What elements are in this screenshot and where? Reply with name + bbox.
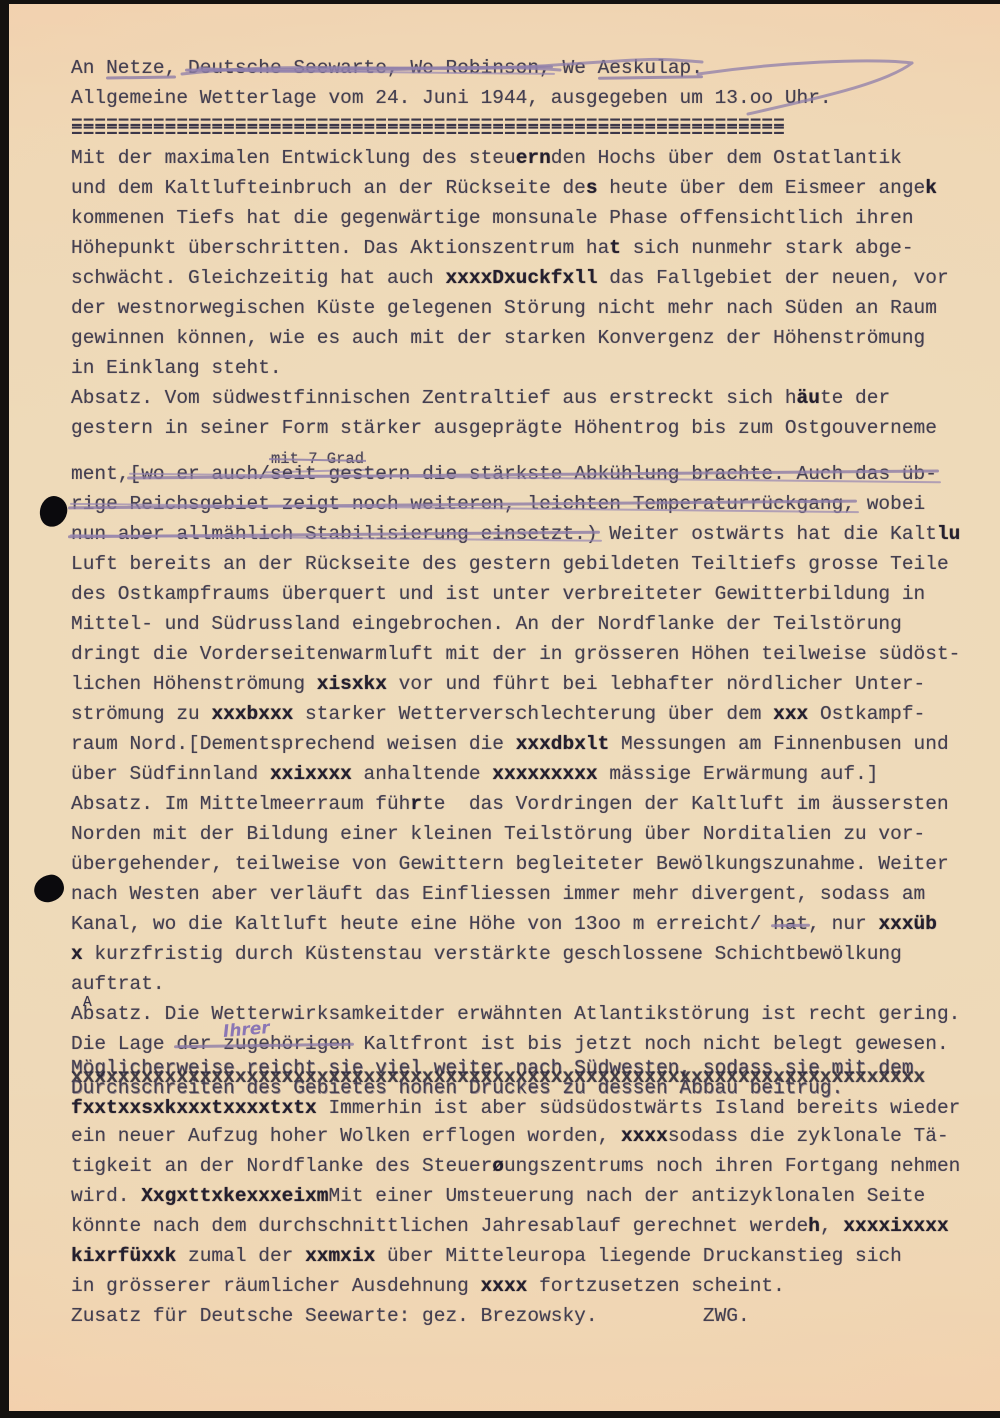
text-segment: in Einklang steht.	[71, 357, 282, 379]
text-segment: Mittel- und Südrussland eingebrochen. An…	[71, 613, 902, 635]
text-segment: Mit der maximalen Entwicklung des steu	[71, 147, 516, 169]
overtyped-text: xisxkx	[317, 673, 387, 695]
text-line-13: gestern in seiner Form stärker ausgepräg…	[71, 416, 1000, 446]
text-line-30: Kanal, wo die Kaltluft heute eine Höhe v…	[71, 912, 1000, 942]
text-segment: und dem Kaltlufteinbruch an der Rückseit…	[71, 177, 586, 199]
text-line-12: Absatz. Vom südwestfinnischen Zentraltie…	[71, 386, 1000, 416]
overtyped-text: xxxxDxuckfxll	[445, 267, 597, 289]
text-segment: über Südfinnland	[71, 763, 270, 785]
text-line-24: raum Nord.[Dementsprechend weisen die xx…	[71, 732, 1000, 762]
text-segment: kommenen Tiefs hat die gegenwärtige mons…	[71, 207, 914, 229]
text-segment: dringt die Vorderseitenwarmluft mit der …	[71, 643, 960, 665]
text-segment: Höhepunkt überschritten. Das Aktionszent…	[71, 237, 609, 259]
text-line-7: Höhepunkt überschritten. Das Aktionszent…	[71, 236, 1000, 266]
pencil-struck-text: [wo er auch/seit gestern die stärkste Ab…	[130, 462, 937, 486]
text-segment: des Ostkampfraums überquert und ist unte…	[71, 583, 925, 605]
text-segment: Messungen am Finnenbusen und	[609, 733, 948, 755]
text-line-4: Mit der maximalen Entwicklung des steuer…	[71, 146, 1000, 176]
text-segment: wobei	[855, 493, 925, 515]
text-line-25: über Südfinnland xxixxxx anhaltende xxxx…	[71, 762, 1000, 792]
text-segment: schwächt. Gleichzeitig hat auch	[71, 267, 445, 289]
text-segment: ungszentrums noch ihren Fortgang nehmen	[504, 1155, 960, 1177]
text-line-6: kommenen Tiefs hat die gegenwärtige mons…	[71, 206, 1000, 236]
overtyped-text: s	[586, 177, 598, 199]
pencil-struck-text: Deutsche Seewarte, We Robinson,	[188, 56, 551, 80]
text-line-39: tigkeit an der Nordflanke des Steuerøung…	[71, 1154, 1000, 1184]
text-line-38: ein neuer Aufzug hoher Wolken erflogen w…	[71, 1124, 1000, 1154]
text-segment: Absatz. Im Mittelmeerraum füh	[71, 793, 410, 815]
text-segment: tigkeit an der Nordflanke des Steuer	[71, 1155, 492, 1177]
text-line-28: übergehender, teilweise von Gewittern be…	[71, 852, 1000, 882]
text-segment: raum Nord.[Dementsprechend weisen die	[71, 733, 516, 755]
text-segment: An	[71, 57, 106, 79]
text-segment: sodass die zyklonale Tä-	[668, 1125, 949, 1147]
overtyped-text: r	[410, 793, 422, 815]
text-line-10: gewinnen können, wie es auch mit der sta…	[71, 326, 1000, 356]
text-line-17: nun aber allmählich Stabilisierung einse…	[71, 522, 1000, 552]
text-line-22: lichen Höhenströmung xisxkx vor und führ…	[71, 672, 1000, 702]
text-line-11: in Einklang steht.	[71, 356, 1000, 386]
text-segment: , nur	[808, 913, 878, 935]
text-line-36: Durchschreiten des Gebietes hohen Drucke…	[71, 1076, 1000, 1096]
text-segment: Mit einer Umsteuerung nach der antizyklo…	[328, 1185, 925, 1207]
pencil-struck-text: hat	[773, 912, 808, 936]
document-body: An Netze, Deutsche Seewarte, We Robinson…	[71, 56, 1000, 1334]
text-segment: Immerhin ist aber südsüdostwärts Island …	[317, 1097, 961, 1119]
overtyped-text: xxmxix	[305, 1245, 375, 1267]
typed-correction-letter: A	[83, 991, 92, 1015]
overtyped-text: xxixxxx	[270, 763, 352, 785]
text-segment: ein neuer Aufzug hoher Wolken erflogen w…	[71, 1125, 621, 1147]
text-segment: in grösserer räumlicher Ausdehnung	[71, 1275, 481, 1297]
overtyped-text: Xxgxttxkexxxeixm	[141, 1185, 328, 1207]
text-segment: Allgemeine Wetterlage vom 24. Juni 1944,…	[71, 87, 832, 109]
text-segment: strömung zu	[71, 703, 211, 725]
overtyped-text: xxxbxxx	[211, 703, 293, 725]
header-recipients: An Netze, Deutsche Seewarte, We Robinson…	[71, 56, 1000, 86]
overtyped-text: fxxtxxsxkxxxtxxxxtxtx	[71, 1097, 317, 1119]
text-segment: Ostkampf-	[808, 703, 925, 725]
text-line-29: nach Westen aber verläuft das Einfliesse…	[71, 882, 1000, 912]
header-title: Allgemeine Wetterlage vom 24. Juni 1944,…	[71, 86, 1000, 112]
text-segment: ment,	[71, 463, 130, 485]
text-segment: nach Westen aber verläuft das Einfliesse…	[71, 883, 925, 905]
text-line-20: Mittel- und Südrussland eingebrochen. An…	[71, 612, 1000, 642]
text-line-41: könnte nach dem durchschnittlichen Jahre…	[71, 1214, 1000, 1244]
pencil-struck-text: nun aber allmählich Stabilisierung einse…	[71, 522, 598, 546]
text-segment: gestern in seiner Form stärker ausgepräg…	[71, 417, 937, 439]
text-line-26: Absatz. Im Mittelmeerraum führte das Vor…	[71, 792, 1000, 822]
text-line-31: x kurzfristig durch Küstenstau verstärkt…	[71, 942, 1000, 972]
text-line-19: des Ostkampfraums überquert und ist unte…	[71, 582, 1000, 612]
text-segment: ,	[820, 1215, 843, 1237]
overtyped-text: t	[609, 237, 621, 259]
text-segment: lichen Höhenströmung	[71, 673, 317, 695]
text-line-33: AAbsatz. Die Wetterwirksamkeitder erwähn…	[71, 1002, 1000, 1032]
text-segment: der westnorwegischen Küste gelegenen Stö…	[71, 297, 937, 319]
text-line-32: auftrat.	[71, 972, 1000, 1002]
overtyped-text: äu	[797, 387, 820, 409]
text-segment: starker Wetterverschlechterung über dem	[293, 703, 773, 725]
text-segment: Kanal, wo die Kaltluft heute eine Höhe v…	[71, 913, 773, 935]
text-segment: zumal der	[176, 1245, 305, 1267]
text-segment: kurzfristig durch Küstenstau verstärkte …	[83, 943, 902, 965]
overtyped-text: kixrfüxxk	[71, 1245, 176, 1267]
text-segment: gewinnen können, wie es auch mit der sta…	[71, 327, 925, 349]
overtyped-text: h	[808, 1215, 820, 1237]
text-segment: Absatz. Vom südwestfinnischen Zentraltie…	[71, 387, 797, 409]
text-line-34: IhrerDie Lage der zugehörigen Kaltfront …	[71, 1032, 1000, 1056]
text-segment: Kaltfront ist bis jetzt noch nicht beleg…	[352, 1033, 949, 1055]
text-segment: wird.	[71, 1185, 141, 1207]
text-segment: heute über dem Eismeer ange	[598, 177, 926, 199]
pencil-struck-text: rige Reichsgebiet zeigt noch weiteren, l…	[71, 492, 855, 516]
text-segment: Die Lage	[71, 1033, 176, 1055]
overtyped-text: xxxxxxxxx	[492, 763, 597, 785]
text-line-21: dringt die Vorderseitenwarmluft mit der …	[71, 642, 1000, 672]
text-line-5: und dem Kaltlufteinbruch an der Rückseit…	[71, 176, 1000, 206]
text-segment: Norden mit der Bildung einer kleinen Tei…	[71, 823, 925, 845]
overtyped-text: xxxüb	[878, 913, 937, 935]
pencil-underlined-text: Netze,	[106, 56, 176, 80]
overtyped-text: xxxx	[621, 1125, 668, 1147]
text-segment: fortzusetzen scheint.	[527, 1275, 784, 1297]
text-segment: anhaltende	[352, 763, 492, 785]
overtyped-text: ø	[492, 1155, 504, 1177]
text-segment: We	[551, 57, 598, 79]
overtyped-text: xxxx	[481, 1275, 528, 1297]
text-line-35: Möglicherweise reicht sie viel weiter na…	[71, 1056, 1000, 1076]
overtyped-text: x	[71, 943, 83, 965]
text-segment: te das Vordringen der Kaltluft im äusser…	[422, 793, 949, 815]
overtyped-text: ern	[516, 147, 551, 169]
text-segment: sich nunmehr stark abge-	[621, 237, 914, 259]
text-line-27: Norden mit der Bildung einer kleinen Tei…	[71, 822, 1000, 852]
text-segment: ========================================…	[71, 113, 785, 135]
text-segment: den Hochs über dem Ostatlantik	[551, 147, 902, 169]
overtyped-text: k	[925, 177, 937, 199]
text-line-23: strömung zu xxxbxxx starker Wetterversch…	[71, 702, 1000, 732]
text-line-18: Luft bereits an der Rückseite des gester…	[71, 552, 1000, 582]
overtyped-text: xxx	[773, 703, 808, 725]
overtyped-text: lu	[937, 523, 960, 545]
text-segment: das Fallgebiet der neuen, vor	[598, 267, 949, 289]
scanned-document-page: { "meta": { "document_type": "typewritte…	[0, 0, 1000, 1418]
text-line-16: rige Reichsgebiet zeigt noch weiteren, l…	[71, 492, 1000, 522]
text-line-37: fxxtxxsxkxxxtxxxxtxtx Immerhin ist aber …	[71, 1096, 1000, 1124]
text-line-42: kixrfüxxk zumal der xxmxix über Mitteleu…	[71, 1244, 1000, 1274]
text-segment: vor und führt bei lebhafter nördlicher U…	[387, 673, 925, 695]
signature-line: Zusatz für Deutsche Seewarte: gez. Brezo…	[71, 1304, 1000, 1334]
header-divider: ========================================…	[71, 112, 1000, 146]
text-line-15: ment,[wo er auch/seit gestern die stärks…	[71, 462, 1000, 492]
pencil-underlined-text: Aeskulap.	[598, 56, 703, 80]
text-segment: Zusatz für Deutsche Seewarte: gez. Brezo…	[71, 1305, 750, 1327]
text-line-8: schwächt. Gleichzeitig hat auch xxxxDxuc…	[71, 266, 1000, 296]
text-segment: Absatz. Die Wetterwirksamkeitder erwähnt…	[71, 1003, 960, 1025]
text-line-9: der westnorwegischen Küste gelegenen Stö…	[71, 296, 1000, 326]
text-line-43: in grösserer räumlicher Ausdehnung xxxx …	[71, 1274, 1000, 1304]
typed-insert-line: mit 7 Grad	[71, 446, 1000, 462]
overtyped-text: xxxxixxxx	[843, 1215, 948, 1237]
pencil-struck-text: der zugehörigen	[176, 1032, 352, 1056]
text-segment: mässige Erwärmung auf.]	[598, 763, 879, 785]
text-line-40: wird. XxgxttxkexxxeixmMit einer Umsteuer…	[71, 1184, 1000, 1214]
text-segment: übergehender, teilweise von Gewittern be…	[71, 853, 949, 875]
text-segment: te der	[820, 387, 890, 409]
paper-sheet: An Netze, Deutsche Seewarte, We Robinson…	[9, 4, 1000, 1411]
text-segment: Luft bereits an der Rückseite des gester…	[71, 553, 949, 575]
overtyped-text: xxxdbxlt	[516, 733, 610, 755]
text-segment: könnte nach dem durchschnittlichen Jahre…	[71, 1215, 808, 1237]
text-segment: über Mitteleuropa liegende Druckanstieg …	[375, 1245, 902, 1267]
text-segment: Weiter ostwärts hat die Kalt	[598, 523, 937, 545]
